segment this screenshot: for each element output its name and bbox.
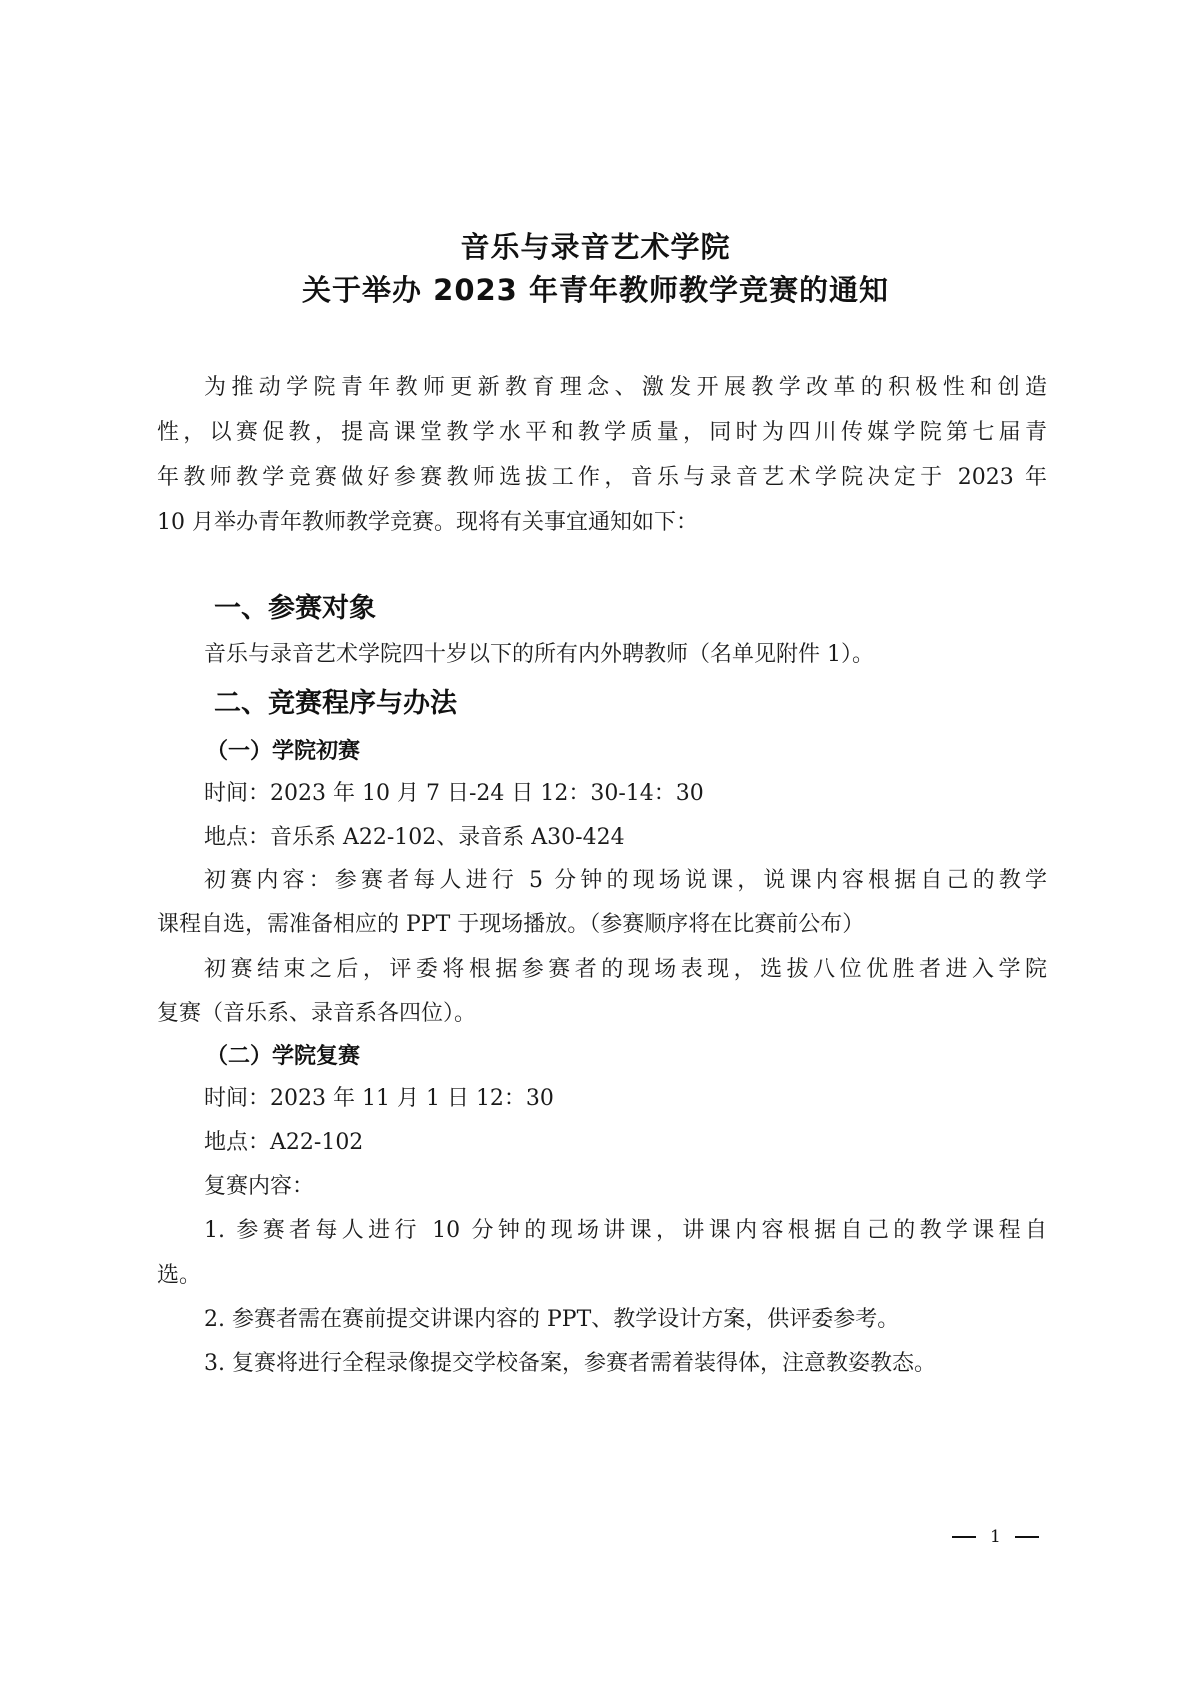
intro-paragraph-line: 性，以赛促教，提高课堂教学水平和教学质量，同时为四川传媒学院第七届青: [157, 415, 1047, 446]
preliminary-time: 时间：2023 年 10 月 7 日-24 日 12：30-14：30: [204, 776, 704, 807]
semifinal-item-1-line: 选。: [157, 1258, 201, 1289]
preliminary-result-line: 初赛结束之后，评委将根据参赛者的现场表现，选拔八位优胜者进入学院: [204, 952, 1047, 983]
section-heading-procedure: 二、竞赛程序与办法: [214, 681, 457, 720]
footer-dash-right: [1015, 1536, 1039, 1538]
page-footer: 1: [952, 1527, 1039, 1547]
preliminary-location: 地点：音乐系 A22-102、录音系 A30-424: [204, 820, 625, 851]
document-title-line-1: 音乐与录音艺术学院: [0, 225, 1191, 266]
semifinal-item-1-line: 1. 参赛者每人进行 10 分钟的现场讲课，讲课内容根据自己的教学课程自: [204, 1213, 1047, 1244]
subsection-heading-semifinal: （二）学院复赛: [206, 1039, 360, 1070]
semifinal-content-label: 复赛内容：: [204, 1169, 314, 1200]
document-page: 音乐与录音艺术学院 关于举办 2023 年青年教师教学竞赛的通知 为推动学院青年…: [0, 0, 1191, 1684]
participants-text: 音乐与录音艺术学院四十岁以下的所有内外聘教师（名单见附件 1）。: [204, 637, 874, 668]
subsection-heading-preliminary: （一）学院初赛: [206, 734, 360, 765]
intro-paragraph-line: 为推动学院青年教师更新教育理念、激发开展教学改革的积极性和创造: [204, 370, 1047, 401]
semifinal-location: 地点：A22-102: [204, 1125, 363, 1156]
preliminary-result-line: 复赛（音乐系、录音系各四位）。: [157, 996, 476, 1027]
semifinal-time: 时间：2023 年 11 月 1 日 12：30: [204, 1081, 554, 1112]
intro-paragraph-line: 10 月举办青年教师教学竞赛。现将有关事宜通知如下：: [157, 505, 698, 536]
footer-dash-left: [952, 1536, 976, 1538]
page-number: 1: [990, 1527, 1001, 1547]
document-title-line-2: 关于举办 2023 年青年教师教学竞赛的通知: [0, 268, 1191, 309]
section-heading-participants: 一、参赛对象: [214, 586, 376, 625]
preliminary-content-line: 初赛内容：参赛者每人进行 5 分钟的现场说课，说课内容根据自己的教学: [204, 863, 1047, 894]
semifinal-item-2: 2. 参赛者需在赛前提交讲课内容的 PPT、教学设计方案，供评委参考。: [204, 1302, 899, 1333]
semifinal-item-3: 3. 复赛将进行全程录像提交学校备案，参赛者需着装得体，注意教姿教态。: [204, 1346, 936, 1377]
preliminary-content-line: 课程自选，需准备相应的 PPT 于现场播放。（参赛顺序将在比赛前公布）: [157, 907, 864, 938]
intro-paragraph-line: 年教师教学竞赛做好参赛教师选拔工作，音乐与录音艺术学院决定于 2023 年: [157, 460, 1047, 491]
